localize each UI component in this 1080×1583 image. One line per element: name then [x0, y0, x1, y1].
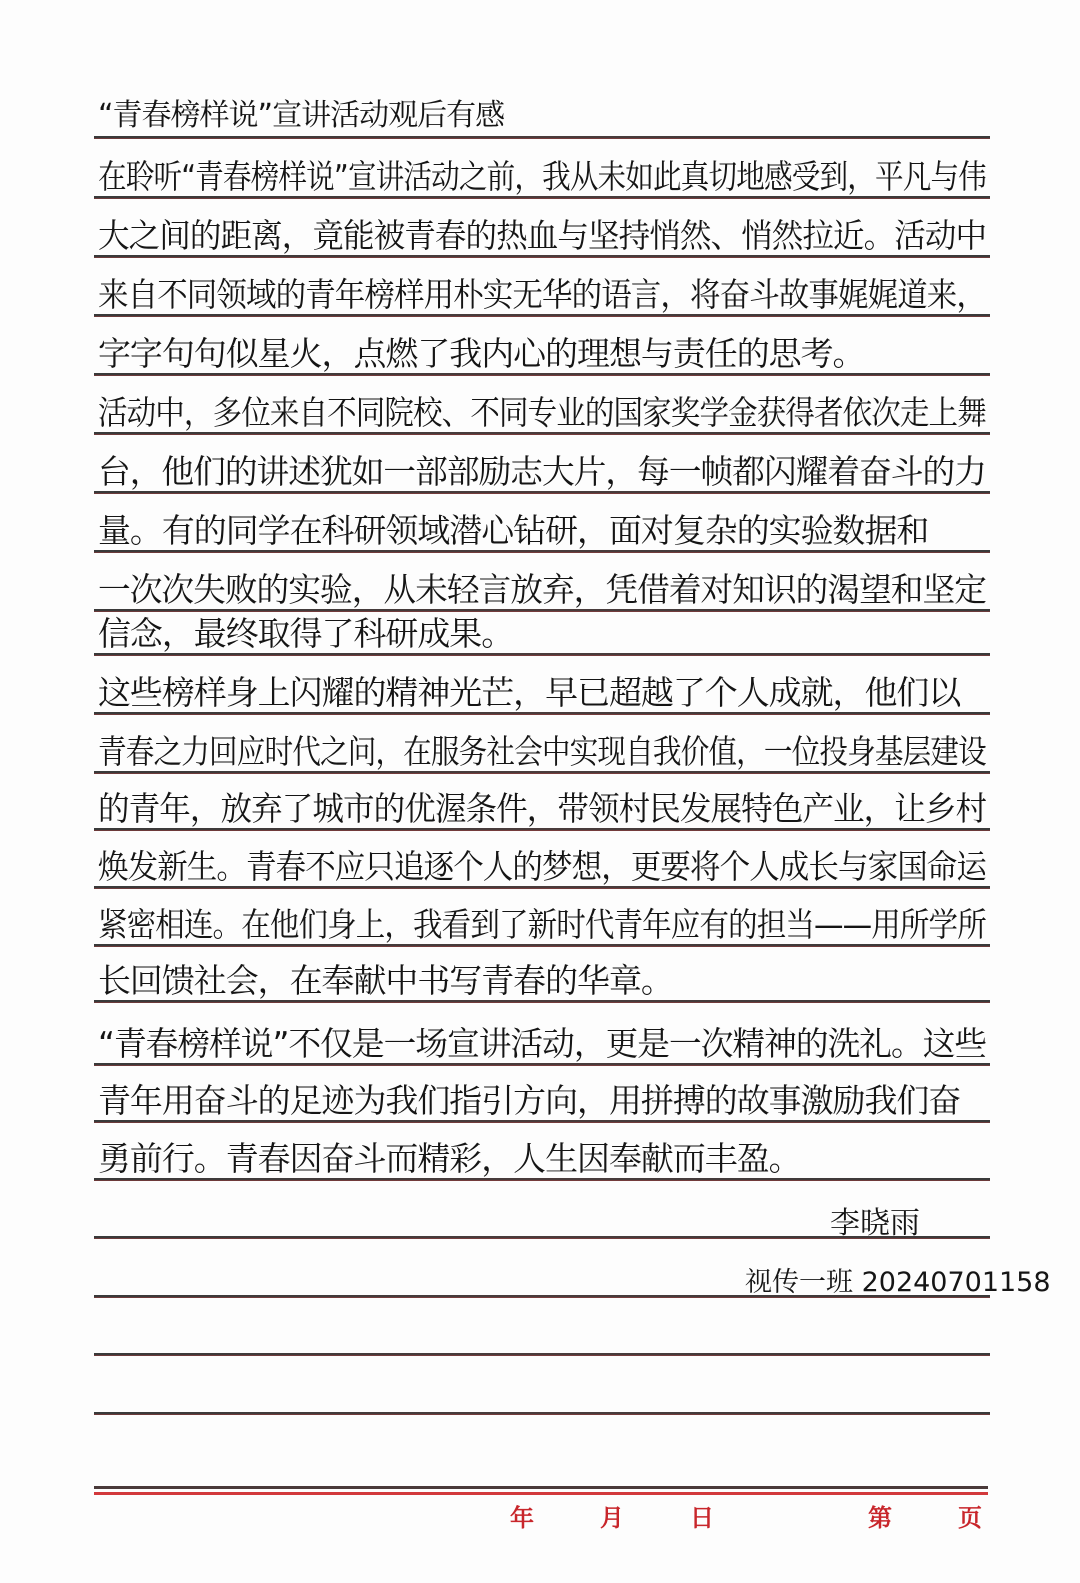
footer-page-prefix: 第 — [868, 1498, 892, 1533]
text-line: 青春之力回应时代之问，在服务社会中实现自我价值，一位投身基层建设 — [98, 732, 870, 772]
text-line: 在聆听“青春榜样说”宣讲活动之前，我从未如此真切地感受到，平凡与伟 — [98, 157, 870, 197]
rule-line — [94, 1412, 990, 1415]
footer-rule-red — [94, 1492, 988, 1495]
footer-rule-dark — [94, 1486, 988, 1489]
footer-month-label: 月 — [600, 1498, 624, 1533]
text-line: 一次次失败的实验，从未轻言放弃，凭借着对知识的渴望和坚定 — [98, 570, 980, 610]
text-line: 紧密相连。在他们身上，我看到了新时代青年应有的担当——用所学所 — [98, 905, 895, 945]
rule-line — [94, 1353, 990, 1356]
text-line: 字字句句似星火，点燃了我内心的理想与责任的思考。 — [98, 334, 986, 374]
rule-line — [94, 136, 990, 139]
text-line: 的青年，放弃了城市的优渥条件，带领村民发展特色产业，让乡村 — [98, 789, 950, 829]
text-line: 信念，最终取得了科研成果。 — [98, 614, 986, 654]
text-line: 量。有的同学在科研领域潜心钻研，面对复杂的实验数据和 — [98, 511, 986, 551]
text-line: 来自不同领域的青年榜样用朴实无华的语言，将奋斗故事娓娓道来， — [98, 275, 921, 315]
author-name: 李晓雨 — [830, 1198, 920, 1242]
text-line: 焕发新生。青春不应只追逐个人的梦想，更要将个人成长与家国命运 — [98, 847, 921, 887]
text-line: 活动中，多位来自不同院校、不同专业的国家奖学金获得者依次走上舞 — [98, 393, 895, 433]
text-line: 大之间的距离，竟能被青春的热血与坚持悄然、悄然拉近。活动中 — [98, 216, 950, 256]
text-line: “青春榜样说”不仅是一场宣讲活动，更是一次精神的洗礼。这些 — [98, 1024, 980, 1064]
essay-title: “青春榜样说”宣讲活动观后有感 — [98, 96, 988, 136]
text-line: 青年用奋斗的足迹为我们指引方向，用拼搏的故事激励我们奋 — [98, 1081, 986, 1121]
text-line: 台，他们的讲述犹如一部部励志大片，每一帧都闪耀着奋斗的力 — [98, 452, 980, 492]
text-line: 这些榜样身上闪耀的精神光芒，早已超越了个人成就，他们以 — [98, 673, 986, 713]
footer-year-label: 年 — [510, 1498, 534, 1533]
text-line: 长回馈社会，在奉献中书写青春的华章。 — [98, 961, 986, 1001]
footer-day-label: 日 — [690, 1498, 714, 1533]
class-and-student-id: 视传一班 20240701158 — [745, 1260, 1051, 1299]
footer-page-suffix: 页 — [958, 1498, 982, 1533]
text-line: 勇前行。青春因奋斗而精彩，人生因奉献而丰盈。 — [98, 1139, 986, 1179]
